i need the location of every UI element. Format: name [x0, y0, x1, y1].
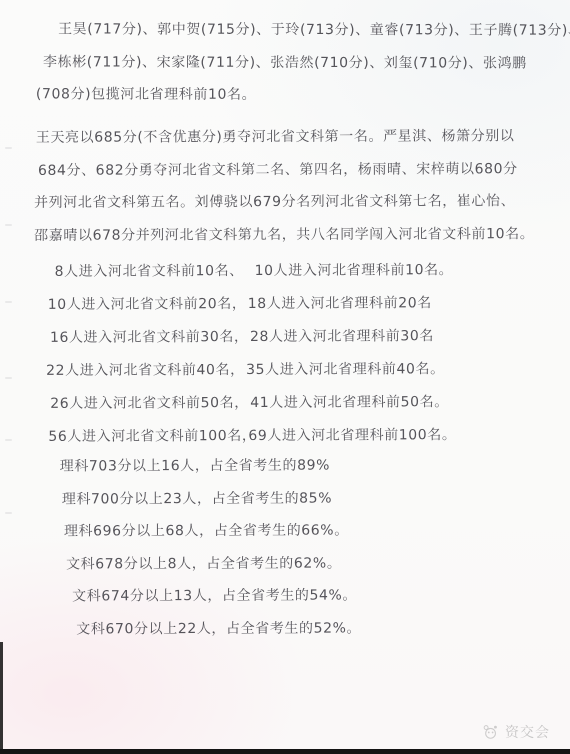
photographed-handwritten-document: 王昊(717分)、郭中贺(715分)、于玲(713分)、童睿(713分)、王子腾… [0, 0, 570, 754]
stat-line: 文科670分以上22人，占全省考生的52%。 [76, 612, 361, 645]
rank-wen: 8人进入河北省文科前10名、 [55, 255, 255, 289]
stat-line: 理科703分以上16人，占全省考生的89% [60, 449, 361, 483]
paper-edge-mark [5, 512, 12, 514]
rank-wen: 56人进入河北省文科前100名， [48, 420, 248, 454]
stat-line: 文科678分以上8人，占全省考生的62%。 [66, 547, 361, 581]
stat-line: 理科700分以上23人，占全省考生的85% [62, 482, 361, 516]
photo-edge-bottom [0, 749, 570, 754]
stat-line: 理科696分以上68人，占全省考生的66%。 [64, 514, 361, 548]
handwritten-line: (708分)包揽河北省理科前10名。 [36, 78, 570, 112]
handwritten-line: 李栋彬(711分)、宋家隆(711分)、张浩然(710分)、刘玺(710分)、张… [43, 46, 570, 80]
paper-edge-mark [5, 224, 12, 226]
province-ranking-list: 8人进入河北省文科前10名、 10人进入河北省理科前10名。 10人进入河北省文… [46, 254, 457, 454]
handwritten-line: 王天亮以685分(不含优惠分)勇夺河北省文科第一名。严星淇、杨箫分别以 [36, 120, 534, 154]
rank-wen: 10人进入河北省文科前20名， [48, 288, 248, 322]
rank-row: 56人进入河北省文科前100名， 69人进入河北省理科前100名。 [46, 419, 456, 454]
paragraph-liberal-arts-top10: 王天亮以685分(不含优惠分)勇夺河北省文科第一名。严星淇、杨箫分别以 684分… [34, 120, 535, 252]
handwritten-line: 邵嘉晴以678分并列河北省文科第九名，共八名同学闯入河北省文科前10名。 [34, 218, 534, 252]
rank-row: 26人进入河北省文科前50名， 41人进入河北省理科前50名。 [46, 386, 456, 421]
rank-li: 18人进入河北省理科前20名 [248, 287, 432, 321]
panda-face-logo-icon [482, 724, 500, 740]
rank-row: 10人进入河北省文科前20名， 18人进入河北省理科前20名 [46, 287, 456, 322]
stat-line: 文科674分以上13人，占全省考生的54%。 [72, 579, 361, 613]
rank-li: 28人进入河北省理科前30名 [250, 320, 434, 354]
watermark: 资交会 [482, 722, 550, 742]
watermark-text: 资交会 [505, 722, 550, 742]
photo-edge-left [0, 642, 3, 754]
paper-edge-mark [5, 439, 12, 441]
paragraph-science-top10: 王昊(717分)、郭中贺(715分)、于玲(713分)、童睿(713分)、王子腾… [36, 13, 570, 112]
rank-wen: 16人进入河北省文科前30名， [50, 321, 250, 355]
rank-row: 8人进入河北省文科前10名、 10人进入河北省理科前10名。 [46, 254, 456, 289]
paper-edge-mark [5, 147, 12, 149]
paper-edge-mark [5, 377, 12, 379]
handwritten-line: 684分、682分勇夺河北省文科第二名、第四名，杨雨晴、宋梓萌以680分 [38, 153, 534, 187]
rank-li: 10人进入河北省理科前10名。 [255, 254, 454, 288]
paper-edge-mark [5, 301, 12, 303]
rank-li: 35人进入河北省理科前40名。 [246, 353, 445, 387]
rank-row: 16人进入河北省文科前30名， 28人进入河北省理科前30名 [46, 320, 456, 355]
rank-wen: 22人进入河北省文科前40名， [46, 354, 246, 388]
rank-wen: 26人进入河北省文科前50名， [50, 387, 250, 421]
score-statistics-list: 理科703分以上16人，占全省考生的89% 理科700分以上23人，占全省考生的… [46, 449, 362, 645]
rank-li: 41人进入河北省理科前50名。 [250, 386, 449, 420]
handwritten-line: 并列河北省文科第五名。刘傅骁以679分名列河北省文科第七名，崔心怡、 [34, 185, 534, 219]
handwritten-line: 王昊(717分)、郭中贺(715分)、于玲(713分)、童睿(713分)、王子腾… [58, 13, 570, 47]
rank-li: 69人进入河北省理科前100名。 [248, 419, 456, 453]
rank-row: 22人进入河北省文科前40名， 35人进入河北省理科前40名。 [46, 353, 456, 388]
